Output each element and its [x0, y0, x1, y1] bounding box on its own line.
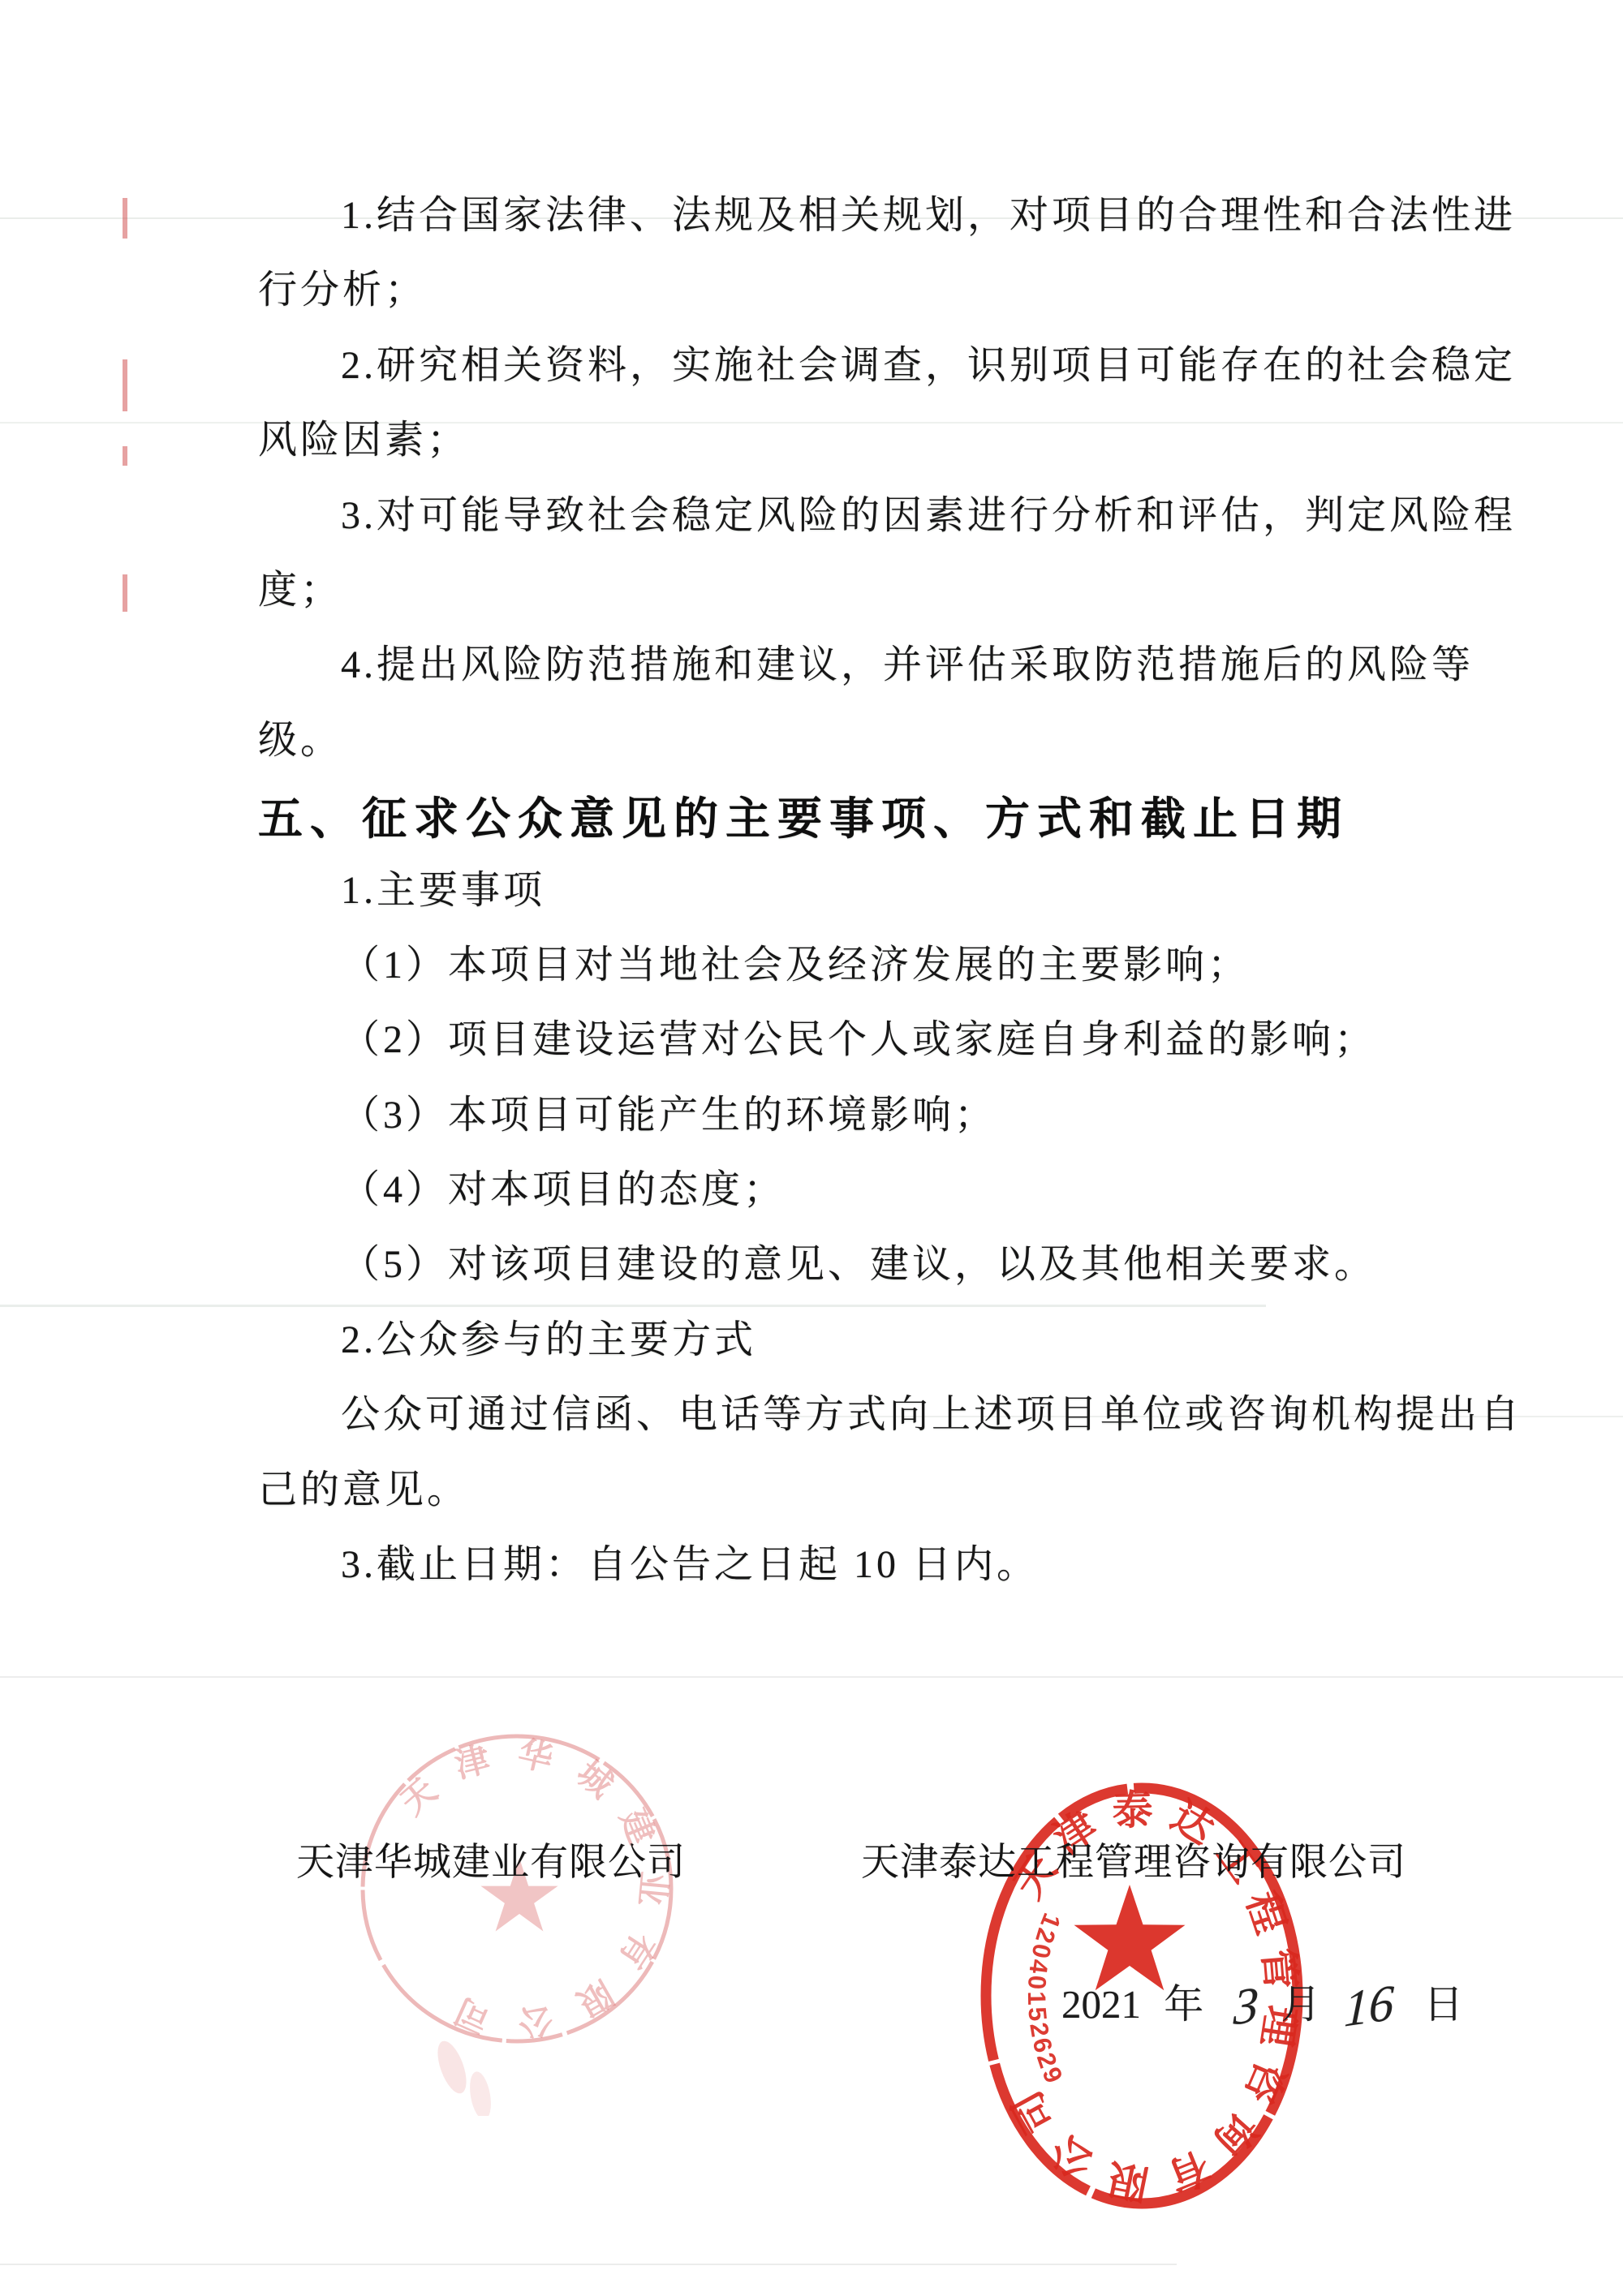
text-line: 行分析；	[258, 258, 1500, 333]
signature-company-right: 天津泰达工程管理咨询有限公司	[861, 1832, 1406, 1886]
date-day-label: 日	[1423, 1973, 1463, 2030]
text-line: （5）对该项目建设的意见、建议，以及其他相关要求。	[258, 1232, 1500, 1307]
date-year: 2021	[1061, 1981, 1141, 2027]
scan-artifact	[123, 446, 127, 466]
text-line: 度；	[258, 558, 1500, 633]
text-line: 1.结合国家法律、法规及相关规划，对项目的合理性和合法性进	[258, 183, 1500, 258]
text-line: （1）本项目对当地社会及经济发展的主要影响；	[258, 933, 1500, 1008]
text-line: 4.提出风险防范措施和建议，并评估采取防范措施后的风险等	[258, 633, 1500, 707]
text-line: 级。	[258, 708, 1500, 783]
scan-artifact	[123, 359, 127, 411]
text-line: （2）项目建设运营对公民个人或家庭自身利益的影响；	[258, 1008, 1500, 1082]
document-lines: 1.结合国家法律、法规及相关规划，对项目的合理性和合法性进行分析；2.研究相关资…	[258, 183, 1500, 1607]
scan-artifact	[123, 198, 127, 239]
date-month-label: 月	[1281, 1973, 1321, 2030]
text-line: 3.对可能导致社会稳定风险的因素进行分析和评估，判定风险程	[258, 484, 1500, 558]
seal-ink-smudge	[432, 2037, 472, 2096]
scan-artifact	[0, 1676, 1623, 1678]
text-line: 公众可通过信函、电话等方式向上述项目单位或咨询机构提出自	[258, 1382, 1500, 1457]
text-line: 风险因素；	[258, 408, 1500, 483]
section-heading: 五、征求公众意见的主要事项、方式和截止日期	[258, 783, 1500, 858]
text-line: （3）本项目可能产生的环境影响；	[258, 1083, 1500, 1158]
text-line: 2.公众参与的主要方式	[258, 1308, 1500, 1382]
company-seal-left: 天津华城建业有限公司	[355, 1726, 679, 2116]
text-line: 2.研究相关资料，实施社会调查，识别项目可能存在的社会稳定	[258, 333, 1500, 408]
date-day-handwritten: 16	[1343, 1977, 1395, 2036]
scan-artifact	[0, 2264, 1177, 2265]
scan-artifact	[123, 574, 127, 612]
scanned-document-page: 1.结合国家法律、法规及相关规划，对项目的合理性和合法性进行分析；2.研究相关资…	[0, 0, 1623, 2296]
text-line: 1.主要事项	[258, 858, 1500, 933]
text-line: 3.截止日期：自公告之日起 10 日内。	[258, 1533, 1500, 1607]
text-line: 己的意见。	[258, 1458, 1500, 1533]
seal-ink-smudge	[467, 2070, 494, 2116]
text-line: （4）对本项目的态度；	[258, 1158, 1500, 1232]
date-month-handwritten: 3	[1233, 1979, 1259, 2033]
signature-date: 2021 年 3 月 16 日	[1061, 1973, 1463, 2032]
date-year-label: 年	[1164, 1973, 1203, 2030]
signature-company-left: 天津华城建业有限公司	[296, 1832, 686, 1886]
